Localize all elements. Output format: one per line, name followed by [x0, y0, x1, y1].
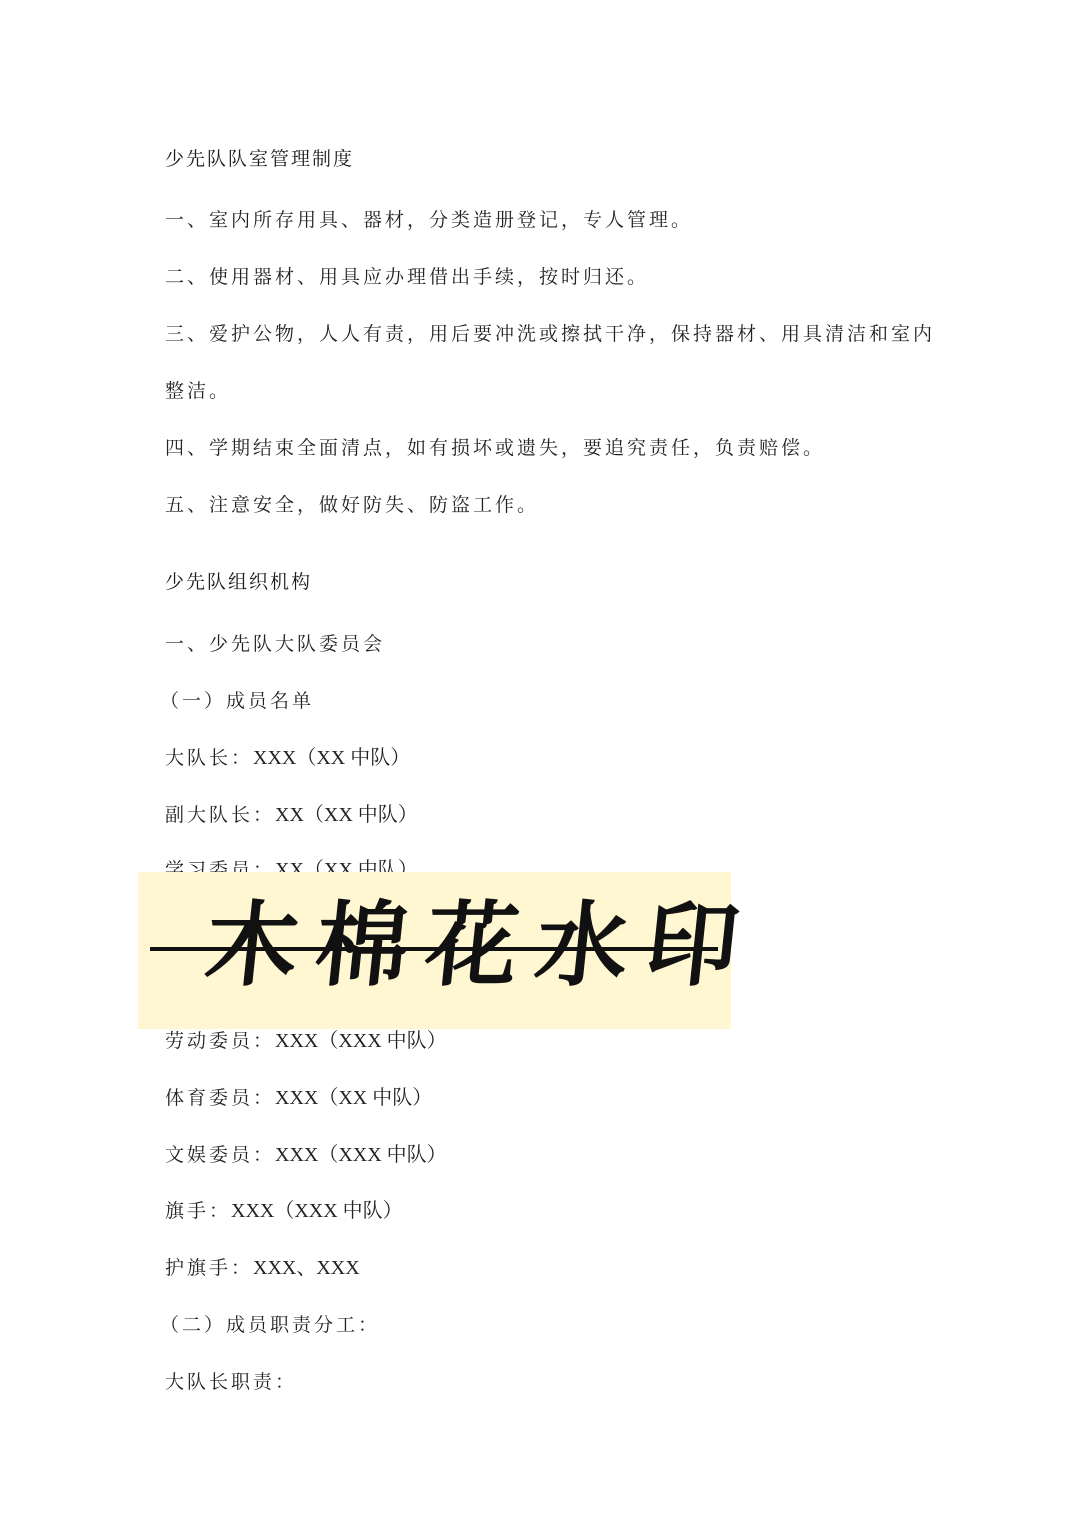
rule-item-3: 三、爱护公物，人人有责，用后要冲洗或擦拭干净，保持器材、用具清洁和室内 — [165, 322, 935, 346]
member-value: XXX（XX 中队） — [253, 747, 410, 769]
member-value: XXX（XXX 中队） — [275, 1030, 447, 1052]
duties-heading: （二）成员职责分工： — [160, 1313, 380, 1337]
section-title-room-rules: 少先队队室管理制度 — [165, 147, 354, 171]
captain-duties-label: 大队长职责： — [165, 1370, 297, 1394]
member-row: 文娱委员：XXX（XXX 中队） — [165, 1143, 447, 1167]
rule-item-5: 五、注意安全，做好防失、防盗工作。 — [165, 493, 539, 517]
member-row: 劳动委员：XXX（XXX 中队） — [165, 1029, 447, 1053]
member-value: XXX（XXX 中队） — [231, 1200, 403, 1222]
member-list-heading: （一）成员名单 — [160, 689, 314, 713]
member-role: 体育委员： — [165, 1087, 275, 1109]
member-value: XX（XX 中队） — [275, 804, 418, 826]
member-role: 劳动委员： — [165, 1030, 275, 1052]
rule-item-4: 四、学期结束全面清点，如有损坏或遗失，要追究责任，负责赔偿。 — [165, 436, 825, 460]
member-row: 大队长：XXX（XX 中队） — [165, 746, 410, 770]
member-role: 护旗手： — [165, 1257, 253, 1279]
watermark-overlay: 木棉花水印 — [138, 872, 731, 1029]
member-role: 大队长： — [165, 747, 253, 769]
member-role: 旗手： — [165, 1200, 231, 1222]
member-row: 体育委员：XXX（XX 中队） — [165, 1086, 432, 1110]
section-title-organization: 少先队组织机构 — [165, 570, 312, 594]
member-value: XXX（XX 中队） — [275, 1087, 432, 1109]
member-role: 副大队长： — [165, 804, 275, 826]
member-role: 文娱委员： — [165, 1144, 275, 1166]
rule-item-2: 二、使用器材、用具应办理借出手续，按时归还。 — [165, 265, 649, 289]
member-row: 护旗手：XXX、XXX — [165, 1256, 360, 1280]
watermark-text: 木棉花水印 — [200, 886, 763, 1006]
rule-item-3-continued: 整洁。 — [165, 379, 231, 403]
member-value: XXX（XXX 中队） — [275, 1144, 447, 1166]
committee-subtitle: 一、少先队大队委员会 — [165, 632, 385, 656]
watermark-strikethrough-line — [150, 947, 718, 951]
member-row: 副大队长：XX（XX 中队） — [165, 803, 418, 827]
rule-item-1: 一、室内所存用具、器材，分类造册登记，专人管理。 — [165, 208, 693, 232]
member-value: XXX、XXX — [253, 1257, 360, 1279]
document-page: 少先队队室管理制度 一、室内所存用具、器材，分类造册登记，专人管理。 二、使用器… — [0, 0, 1080, 1528]
member-row: 旗手：XXX（XXX 中队） — [165, 1199, 403, 1223]
